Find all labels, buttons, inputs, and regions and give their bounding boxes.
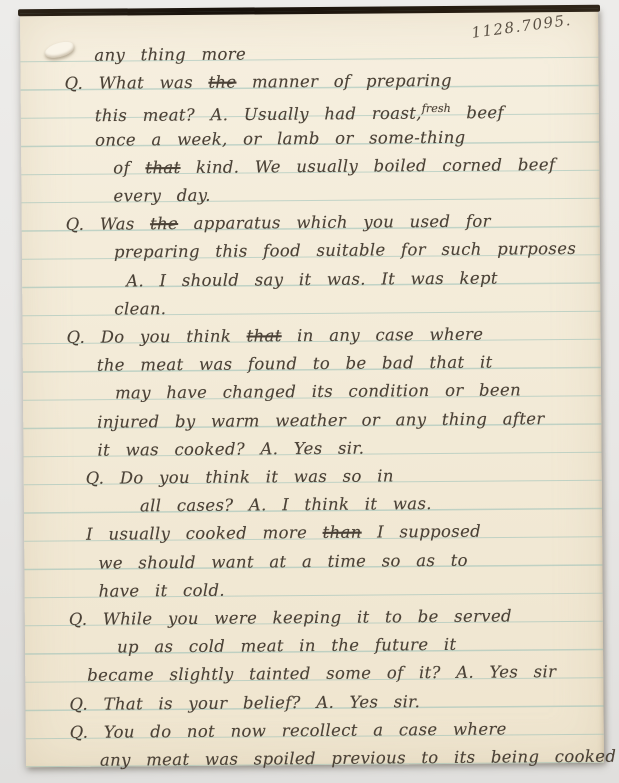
struck-word: that [247,326,282,345]
handwritten-text: Q. Do you think [67,327,247,347]
manuscript-line: every day. [113,184,210,209]
handwritten-text: of [113,158,145,177]
inserted-word: fresh [422,102,451,115]
struck-word: than [323,523,362,542]
paper-sheet: 1128.7095. any thing moreQ. What was the… [20,9,604,768]
manuscript-line: we should want at a time so as to [98,548,468,575]
handwritten-text: the meat was found to be bad that it [97,353,493,375]
handwritten-text: Q. Was [66,214,151,234]
handwritten-text: beef [451,103,504,122]
manuscript-line: I usually cooked more than I supposed [86,520,481,547]
handwritten-text: I usually cooked more [86,523,323,544]
manuscript-line: clean. [114,297,166,321]
manuscript-line: Q. While you were keeping it to be serve… [69,604,512,631]
handwritten-text: Q. While you were keeping it to be serve… [69,606,512,628]
manuscript-line: preparing this food suitable for such pu… [114,237,576,265]
struck-word: the [150,214,178,233]
manuscript-line: Q. Do you think that in any case where [67,323,484,350]
manuscript-line: once a week, or lamb or some-thing [95,125,466,152]
handwritten-text: all cases? A. I think it was. [140,494,432,515]
manuscript-line: A. I should say it was. It was kept [126,266,498,293]
handwritten-text: this meat? A. Usually had roast, [95,104,422,126]
manuscript-line: the meat was found to be bad that it [97,351,493,378]
handwritten-text: A. I should say it was. It was kept [126,268,498,290]
handwritten-text: manner of preparing [236,71,452,92]
handwritten-text: kind. We usually boiled corned beef [180,155,555,177]
handwritten-text: injured by warm weather or any thing aft… [97,409,544,432]
handwritten-text: may have changed its condition or been [115,381,521,403]
handwritten-text: clean. [114,299,166,318]
handwritten-text: became slightly tainted some of it? A. Y… [87,662,556,685]
handwritten-text: Q. You do not now recollect a case where [70,719,507,741]
handwritten-text: every day. [113,186,210,206]
manuscript-line: Q. Was the apparatus which you used for [66,210,491,237]
handwritten-text: it was cooked? A. Yes sir. [97,438,364,459]
handwritten-text: any meat was spoiled previous to its bei… [100,747,616,770]
handwritten-text: in any case where [282,325,484,346]
manuscript-line: all cases? A. I think it was. [140,492,432,518]
struck-word: the [208,73,236,92]
manuscript-line: have it cold. [98,578,224,603]
handwritten-text: any thing more [94,45,246,65]
handwritten-text: Q. Do you think it was so in [86,466,394,487]
manuscript-line: injured by warm weather or any thing aft… [97,407,544,435]
handwritten-text: have it cold. [99,580,225,600]
manuscript-line: may have changed its condition or been [115,379,521,406]
manuscript-line: Q. Do you think it was so in [86,464,394,490]
manuscript-line: Q. That is your belief? A. Yes sir. [69,690,420,717]
manuscript-line: Q. You do not now recollect a case where [70,717,507,744]
manuscript: any thing moreQ. What was the manner of … [20,9,604,768]
handwritten-text: once a week, or lamb or some-thing [95,127,466,149]
handwritten-text: preparing this food suitable for such pu… [114,239,576,262]
manuscript-line: this meat? A. Usually had roast,fresh be… [95,97,504,124]
handwritten-text: we should want at a time so as to [98,550,468,572]
handwritten-text: Q. That is your belief? A. Yes sir. [69,692,420,714]
manuscript-line: became slightly tainted some of it? A. Y… [87,660,556,688]
handwritten-text: up as cold meat in the future it [117,635,457,657]
photographed-manuscript-page: 1128.7095. any thing moreQ. What was the… [0,0,619,783]
manuscript-line: any thing more [94,43,246,68]
handwritten-text: I supposed [362,522,482,542]
manuscript-line: up as cold meat in the future it [117,633,457,660]
handwritten-text: apparatus which you used for [178,212,491,233]
struck-word: that [145,158,180,177]
manuscript-line: any meat was spoiled previous to its bei… [100,745,616,773]
manuscript-line: it was cooked? A. Yes sir. [97,436,364,462]
manuscript-line: Q. What was the manner of preparing [65,69,452,96]
handwritten-text: Q. What was [65,73,209,93]
manuscript-line: of that kind. We usually boiled corned b… [113,153,555,180]
